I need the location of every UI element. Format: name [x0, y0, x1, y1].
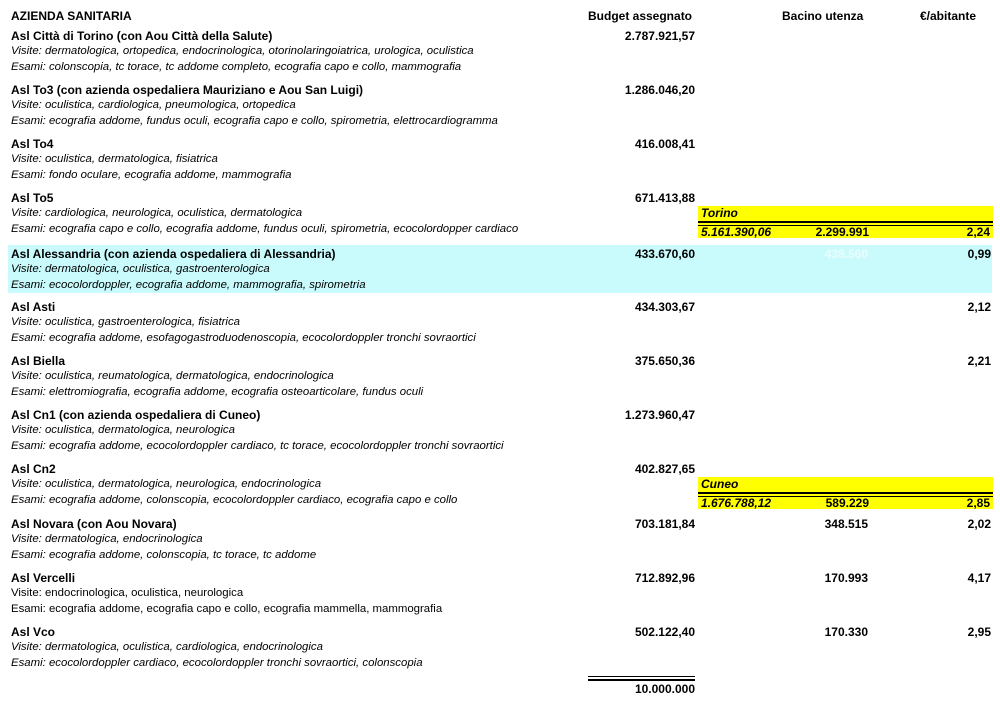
- azienda-name: Asl Asti: [11, 300, 55, 314]
- esami-list: Esami: elettromiografia, ecografia addom…: [11, 386, 423, 398]
- visite-list: Visite: oculistica, dermatologica, fisia…: [11, 153, 218, 165]
- eur-abitante-value: 0,99: [968, 247, 991, 261]
- visite-list: Visite: oculistica, cardiologica, pneumo…: [11, 99, 296, 111]
- visite-list: Visite: oculistica, reumatologica, derma…: [11, 370, 334, 382]
- table-row: Asl Città di Torino (con Aou Città della…: [0, 29, 1000, 77]
- table-row: Asl To4 Visite: oculistica, dermatologic…: [0, 137, 1000, 185]
- double-rule: [698, 492, 993, 494]
- subtotal-label: Torino: [701, 206, 738, 220]
- subtotal-eur-abitante: 2,85: [967, 496, 990, 510]
- esami-list: Esami: ecocolordoppler cardiaco, ecocolo…: [11, 657, 423, 669]
- budget-value: 1.273.960,47: [625, 408, 695, 422]
- visite-list: Visite: dermatologica, endocrinologica: [11, 533, 203, 545]
- azienda-name: Asl Novara (con Aou Novara): [11, 517, 177, 531]
- double-rule: [588, 676, 695, 677]
- budget-value: 433.670,60: [635, 247, 695, 261]
- budget-value: 375.650,36: [635, 354, 695, 368]
- azienda-name: Asl Vco: [11, 625, 55, 639]
- subtotal-torino: Torino 5.161.390,06 2.299.991 2,24: [698, 206, 993, 238]
- visite-list: Visite: cardiologica, neurologica, oculi…: [11, 207, 302, 219]
- table-row: Asl To3 (con azienda ospedaliera Maurizi…: [0, 83, 1000, 131]
- table-row: Asl Novara (con Aou Novara) Visite: derm…: [0, 517, 1000, 565]
- table-row: Asl Cn1 (con azienda ospedaliera di Cune…: [0, 408, 1000, 456]
- double-rule: [588, 679, 695, 681]
- table-row: Asl Biella Visite: oculistica, reumatolo…: [0, 354, 1000, 402]
- eur-abitante-value: 2,02: [968, 517, 991, 531]
- bacino-value: 170.993: [825, 571, 868, 585]
- bacino-value: 438.560: [825, 247, 868, 261]
- visite-list: Visite: oculistica, dermatologica, neuro…: [11, 424, 235, 436]
- azienda-name: Asl To4: [11, 137, 53, 151]
- budget-value: 434.303,67: [635, 300, 695, 314]
- azienda-name: Asl To3 (con azienda ospedaliera Maurizi…: [11, 83, 363, 97]
- eur-abitante-value: 2,95: [968, 625, 991, 639]
- table-row-highlighted: Asl Alessandria (con azienda ospedaliera…: [8, 245, 992, 293]
- column-header-budget: Budget assegnato: [588, 9, 692, 23]
- azienda-name: Asl Città di Torino (con Aou Città della…: [11, 29, 272, 43]
- esami-list: Esami: ecografia addome, ecografia capo …: [11, 603, 442, 615]
- eur-abitante-value: 2,12: [968, 300, 991, 314]
- esami-list: Esami: ecocolordoppler, ecografia addome…: [11, 279, 366, 291]
- azienda-name: Asl Biella: [11, 354, 65, 368]
- column-header-eur-abitante: €/abitante: [920, 9, 976, 23]
- budget-value: 712.892,96: [635, 571, 695, 585]
- azienda-name: Asl To5: [11, 191, 53, 205]
- esami-list: Esami: ecografia addome, ecocolordoppler…: [11, 440, 504, 452]
- esami-list: Esami: fondo oculare, ecografia addome, …: [11, 169, 291, 181]
- table-row: Asl Vco Visite: dermatologica, oculistic…: [0, 625, 1000, 673]
- visite-list: Visite: dermatologica, oculistica, cardi…: [11, 641, 323, 653]
- subtotal-cuneo: Cuneo 1.676.788,12 589.229 2,85: [698, 477, 993, 509]
- budget-value: 2.787.921,57: [625, 29, 695, 43]
- double-rule: [698, 221, 993, 223]
- esami-list: Esami: ecografia addome, esofagogastrodu…: [11, 332, 476, 344]
- esami-list: Esami: ecografia addome, colonscopia, ec…: [11, 494, 457, 506]
- budget-value: 671.413,88: [635, 191, 695, 205]
- budget-value: 703.181,84: [635, 517, 695, 531]
- subtotal-budget: 1.676.788,12: [701, 496, 771, 510]
- budget-value: 1.286.046,20: [625, 83, 695, 97]
- subtotal-budget: 5.161.390,06: [701, 225, 771, 239]
- esami-list: Esami: colonscopia, tc torace, tc addome…: [11, 61, 461, 73]
- azienda-name: Asl Alessandria (con azienda ospedaliera…: [11, 247, 336, 261]
- visite-list: Visite: endocrinologica, oculistica, neu…: [11, 587, 243, 599]
- subtotal-label: Cuneo: [701, 477, 738, 491]
- esami-list: Esami: ecografia addome, colonscopia, tc…: [11, 549, 316, 561]
- table-row: Asl Vercelli Visite: endocrinologica, oc…: [0, 571, 1000, 619]
- eur-abitante-value: 2,21: [968, 354, 991, 368]
- azienda-name: Asl Cn2: [11, 462, 56, 476]
- budget-value: 416.008,41: [635, 137, 695, 151]
- visite-list: Visite: oculistica, gastroenterologica, …: [11, 316, 240, 328]
- azienda-name: Asl Vercelli: [11, 571, 75, 585]
- eur-abitante-value: 4,17: [968, 571, 991, 585]
- azienda-name: Asl Cn1 (con azienda ospedaliera di Cune…: [11, 408, 260, 422]
- table-row: Asl Asti Visite: oculistica, gastroenter…: [0, 300, 1000, 348]
- esami-list: Esami: ecografia capo e collo, ecografia…: [11, 223, 518, 235]
- column-header-bacino: Bacino utenza: [782, 9, 863, 23]
- grand-total: 10.000.000: [588, 676, 695, 681]
- bacino-value: 348.515: [825, 517, 868, 531]
- column-header-azienda: AZIENDA SANITARIA: [11, 9, 132, 23]
- visite-list: Visite: dermatologica, ortopedica, endoc…: [11, 45, 474, 57]
- budget-value: 502.122,40: [635, 625, 695, 639]
- subtotal-bacino: 2.299.991: [816, 225, 869, 239]
- budget-value: 402.827,65: [635, 462, 695, 476]
- bacino-value: 170.330: [825, 625, 868, 639]
- esami-list: Esami: ecografia addome, fundus oculi, e…: [11, 115, 498, 127]
- subtotal-eur-abitante: 2,24: [967, 225, 990, 239]
- visite-list: Visite: dermatologica, oculistica, gastr…: [11, 263, 270, 275]
- subtotal-bacino: 589.229: [826, 496, 869, 510]
- grand-total-value: 10.000.000: [635, 682, 695, 696]
- visite-list: Visite: oculistica, dermatologica, neuro…: [11, 478, 321, 490]
